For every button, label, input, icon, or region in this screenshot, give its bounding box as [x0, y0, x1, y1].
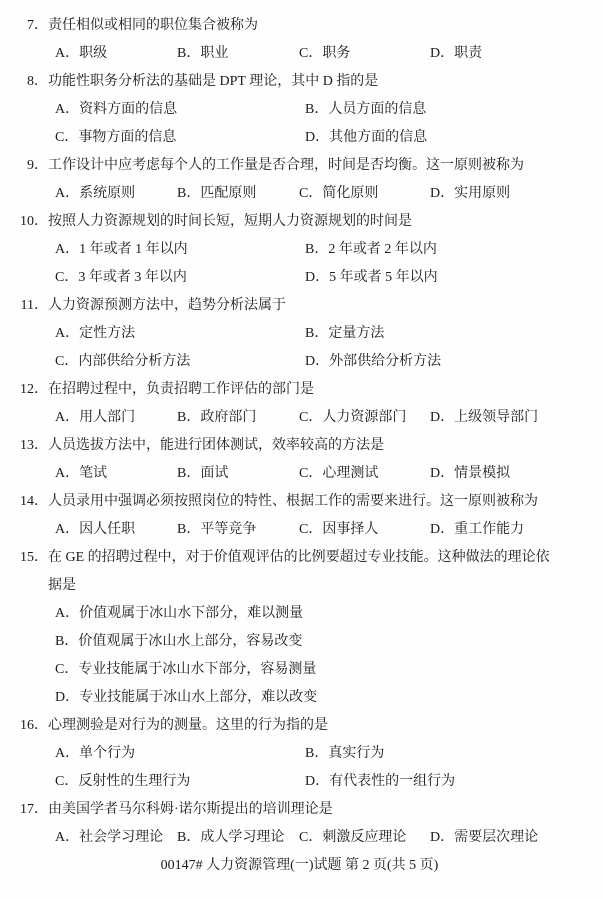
option-9-B: B．匹配原则 — [177, 180, 299, 208]
option-8-D: D．其他方面的信息 — [305, 124, 579, 152]
option-8-B: B．人员方面的信息 — [305, 96, 579, 124]
option-13-C: C．心理测试 — [299, 460, 430, 488]
question-stem: 16．心理测验是对行为的测量。这里的行为指的是 — [20, 712, 579, 740]
option-7-B: B．职业 — [177, 40, 299, 68]
options-11: A．定性方法B．定量方法C．内部供给分析方法D．外部供给分析方法 — [55, 320, 579, 376]
question-number — [20, 572, 48, 600]
question-stem: 9．工作设计中应考虑每个人的工作量是否合理，时间是否均衡。这一原则被称为 — [20, 152, 579, 180]
question-15: 15．在 GE 的招聘过程中，对于价值观评估的比例要超过专业技能。这种做法的理论… — [20, 544, 579, 712]
options-16: A．单个行为B．真实行为C．反射性的生理行为D．有代表性的一组行为 — [55, 740, 579, 796]
question-stem: 17．由美国学者马尔科姆·诺尔斯提出的培训理论是 — [20, 796, 579, 824]
options-17: A．社会学习理论B．成人学习理论C．刺激反应理论D．需要层次理论 — [55, 824, 579, 852]
question-number: 14． — [20, 488, 48, 516]
page-footer: 00147# 人力资源管理(一)试题 第 2 页(共 5 页) — [20, 852, 579, 880]
question-number: 11． — [20, 292, 48, 320]
question-number: 16． — [20, 712, 48, 740]
option-16-B: B．真实行为 — [305, 740, 579, 768]
option-9-D: D．实用原则 — [430, 180, 579, 208]
options-14: A．因人任职B．平等竞争C．因事择人D．重工作能力 — [55, 516, 579, 544]
question-stem: 7．责任相似或相同的职位集合被称为 — [20, 12, 579, 40]
question-number: 15． — [20, 544, 48, 572]
option-8-C: C．事物方面的信息 — [55, 124, 305, 152]
option-13-D: D．情景模拟 — [430, 460, 579, 488]
option-11-A: A．定性方法 — [55, 320, 305, 348]
question-8: 8．功能性职务分析法的基础是 DPT 理论，其中 D 指的是A．资料方面的信息B… — [20, 68, 579, 152]
option-13-B: B．面试 — [177, 460, 299, 488]
question-text: 工作设计中应考虑每个人的工作量是否合理，时间是否均衡。这一原则被称为 — [48, 152, 579, 180]
exam-page: 7．责任相似或相同的职位集合被称为A．职级B．职业C．职务D．职责8．功能性职务… — [0, 0, 603, 899]
question-text: 人力资源预测方法中，趋势分析法属于 — [48, 292, 579, 320]
question-text: 功能性职务分析法的基础是 DPT 理论，其中 D 指的是 — [48, 68, 579, 96]
option-9-A: A．系统原则 — [55, 180, 177, 208]
question-stem: 15．在 GE 的招聘过程中，对于价值观评估的比例要超过专业技能。这种做法的理论… — [20, 544, 579, 572]
options-9: A．系统原则B．匹配原则C．简化原则D．实用原则 — [55, 180, 579, 208]
option-11-C: C．内部供给分析方法 — [55, 348, 305, 376]
option-14-D: D．重工作能力 — [430, 516, 579, 544]
option-15-B: B．价值观属于冰山水上部分，容易改变 — [55, 628, 579, 656]
question-7: 7．责任相似或相同的职位集合被称为A．职级B．职业C．职务D．职责 — [20, 12, 579, 68]
question-17: 17．由美国学者马尔科姆·诺尔斯提出的培训理论是A．社会学习理论B．成人学习理论… — [20, 796, 579, 852]
options-13: A．笔试B．面试C．心理测试D．情景模拟 — [55, 460, 579, 488]
option-9-C: C．简化原则 — [299, 180, 430, 208]
question-text: 在 GE 的招聘过程中，对于价值观评估的比例要超过专业技能。这种做法的理论依 — [48, 544, 579, 572]
question-number: 9． — [20, 152, 48, 180]
question-text: 人员选拔方法中，能进行团体测试，效率较高的方法是 — [48, 432, 579, 460]
question-stem: 11．人力资源预测方法中，趋势分析法属于 — [20, 292, 579, 320]
option-7-C: C．职务 — [299, 40, 430, 68]
option-16-C: C．反射性的生理行为 — [55, 768, 305, 796]
option-14-C: C．因事择人 — [299, 516, 430, 544]
question-stem: 14．人员录用中强调必须按照岗位的特性、根据工作的需要来进行。这一原则被称为 — [20, 488, 579, 516]
option-17-A: A．社会学习理论 — [55, 824, 177, 852]
option-15-C: C．专业技能属于冰山水下部分，容易测量 — [55, 656, 579, 684]
option-10-B: B．2 年或者 2 年以内 — [305, 236, 579, 264]
option-8-A: A．资料方面的信息 — [55, 96, 305, 124]
question-number: 17． — [20, 796, 48, 824]
options-15: A．价值观属于冰山水下部分，难以测量B．价值观属于冰山水上部分，容易改变C．专业… — [55, 600, 579, 712]
option-10-D: D．5 年或者 5 年以内 — [305, 264, 579, 292]
question-13: 13．人员选拔方法中，能进行团体测试，效率较高的方法是A．笔试B．面试C．心理测… — [20, 432, 579, 488]
option-12-B: B．政府部门 — [177, 404, 299, 432]
question-16: 16．心理测验是对行为的测量。这里的行为指的是A．单个行为B．真实行为C．反射性… — [20, 712, 579, 796]
question-number: 13． — [20, 432, 48, 460]
question-12: 12．在招聘过程中，负责招聘工作评估的部门是A．用人部门B．政府部门C．人力资源… — [20, 376, 579, 432]
option-16-A: A．单个行为 — [55, 740, 305, 768]
question-number: 8． — [20, 68, 48, 96]
question-stem: 12．在招聘过程中，负责招聘工作评估的部门是 — [20, 376, 579, 404]
option-14-B: B．平等竞争 — [177, 516, 299, 544]
options-12: A．用人部门B．政府部门C．人力资源部门D．上级领导部门 — [55, 404, 579, 432]
option-15-D: D．专业技能属于冰山水上部分，难以改变 — [55, 684, 579, 712]
question-text: 心理测验是对行为的测量。这里的行为指的是 — [48, 712, 579, 740]
option-12-A: A．用人部门 — [55, 404, 177, 432]
question-stem: 13．人员选拔方法中，能进行团体测试，效率较高的方法是 — [20, 432, 579, 460]
question-list: 7．责任相似或相同的职位集合被称为A．职级B．职业C．职务D．职责8．功能性职务… — [20, 12, 579, 852]
question-number: 12． — [20, 376, 48, 404]
option-12-C: C．人力资源部门 — [299, 404, 430, 432]
options-10: A．1 年或者 1 年以内B．2 年或者 2 年以内C．3 年或者 3 年以内D… — [55, 236, 579, 292]
options-8: A．资料方面的信息B．人员方面的信息C．事物方面的信息D．其他方面的信息 — [55, 96, 579, 152]
question-text: 在招聘过程中，负责招聘工作评估的部门是 — [48, 376, 579, 404]
question-text: 人员录用中强调必须按照岗位的特性、根据工作的需要来进行。这一原则被称为 — [48, 488, 579, 516]
option-13-A: A．笔试 — [55, 460, 177, 488]
option-11-D: D．外部供给分析方法 — [305, 348, 579, 376]
option-11-B: B．定量方法 — [305, 320, 579, 348]
question-10: 10．按照人力资源规划的时间长短，短期人力资源规划的时间是A．1 年或者 1 年… — [20, 208, 579, 292]
option-17-C: C．刺激反应理论 — [299, 824, 430, 852]
question-text: 据是 — [48, 572, 579, 600]
question-text: 按照人力资源规划的时间长短，短期人力资源规划的时间是 — [48, 208, 579, 236]
options-7: A．职级B．职业C．职务D．职责 — [55, 40, 579, 68]
question-stem: 8．功能性职务分析法的基础是 DPT 理论，其中 D 指的是 — [20, 68, 579, 96]
option-15-A: A．价值观属于冰山水下部分，难以测量 — [55, 600, 579, 628]
question-text: 由美国学者马尔科姆·诺尔斯提出的培训理论是 — [48, 796, 579, 824]
question-11: 11．人力资源预测方法中，趋势分析法属于A．定性方法B．定量方法C．内部供给分析… — [20, 292, 579, 376]
question-stem-continued: 据是 — [20, 572, 579, 600]
option-17-D: D．需要层次理论 — [430, 824, 579, 852]
question-text: 责任相似或相同的职位集合被称为 — [48, 12, 579, 40]
option-10-C: C．3 年或者 3 年以内 — [55, 264, 305, 292]
option-10-A: A．1 年或者 1 年以内 — [55, 236, 305, 264]
question-number: 7． — [20, 12, 48, 40]
question-9: 9．工作设计中应考虑每个人的工作量是否合理，时间是否均衡。这一原则被称为A．系统… — [20, 152, 579, 208]
option-7-D: D．职责 — [430, 40, 579, 68]
option-12-D: D．上级领导部门 — [430, 404, 579, 432]
option-16-D: D．有代表性的一组行为 — [305, 768, 579, 796]
option-17-B: B．成人学习理论 — [177, 824, 299, 852]
question-number: 10． — [20, 208, 48, 236]
question-14: 14．人员录用中强调必须按照岗位的特性、根据工作的需要来进行。这一原则被称为A．… — [20, 488, 579, 544]
option-14-A: A．因人任职 — [55, 516, 177, 544]
question-stem: 10．按照人力资源规划的时间长短，短期人力资源规划的时间是 — [20, 208, 579, 236]
option-7-A: A．职级 — [55, 40, 177, 68]
